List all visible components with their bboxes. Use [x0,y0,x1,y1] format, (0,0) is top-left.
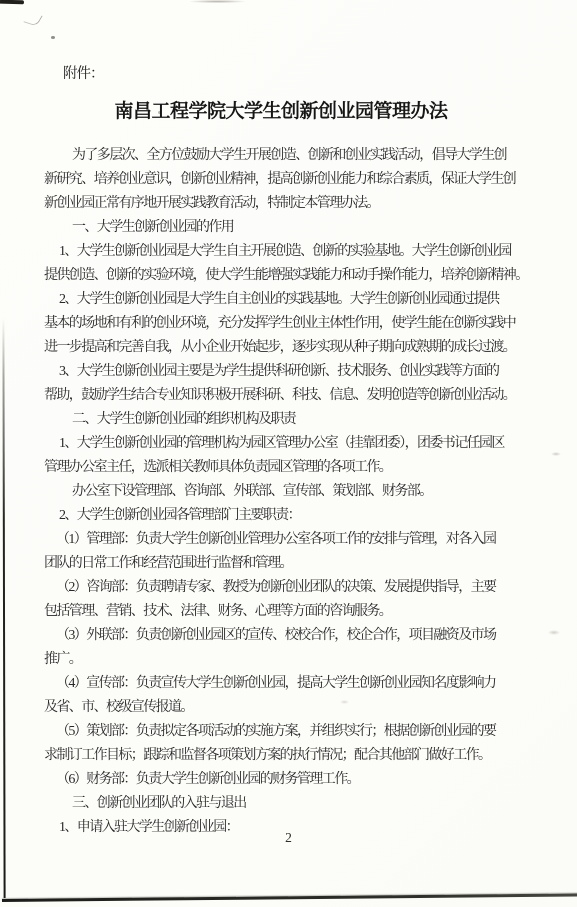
text-line: 及省、市、校级宣传报道。 [44,696,518,720]
scanned-document-page: 附件： 南昌工程学院大学生创新创业园管理办法 为了多层次、全方位鼓励大学生开展创… [0,0,577,907]
pencil-check-mark [23,12,42,27]
text-line: 二、大学生创新创业园的组织机构及职责 [44,408,518,432]
attachment-label: 附件： [63,64,518,84]
text-line: 为了多层次、全方位鼓励大学生开展创造、创新和创业实践活动，倡导大学生创 [44,144,518,168]
text-line: （6）财务部：负责大学生创新创业园的财务管理工作。 [44,768,518,792]
text-line: 推广。 [44,648,518,672]
text-line: 基本的场地和有利的创业环境，充分发挥学生创业主体性作用，使学生能在创新实践中 [44,312,518,336]
scan-smudge [551,452,561,456]
text-line: （1）管理部：负责大学生创新创业管理办公室各项工作的安排与管理，对各入园 [44,528,518,552]
text-line: （3）外联部：负责创新创业园区的宣传、校校合作，校企合作，项目融资及市场 [44,624,518,648]
text-line: （5）策划部：负责拟定各项活动的实施方案，并组织实行；根据创新创业园的要 [44,720,518,744]
text-line: 提供创造、创新的实验环境，使大学生能增强实践能力和动手操作能力，培养创新精神。 [44,264,518,288]
document-title: 南昌工程学院大学生创新创业园管理办法 [44,99,518,124]
text-line: 2、大学生创新创业园各管理部门主要职责： [44,504,518,528]
scan-edge-bottom [2,893,577,902]
text-line: 新创业园正常有序地开展实践教育活动，特制定本管理办法。 [44,192,518,216]
text-line: 一、大学生创新创业园的作用 [44,216,518,240]
scan-corner-mark [0,0,24,4]
page-number: 2 [0,830,577,846]
document-body: 为了多层次、全方位鼓励大学生开展创造、创新和创业实践活动，倡导大学生创新研究、培… [44,144,518,840]
document-content: 附件： 南昌工程学院大学生创新创业园管理办法 为了多层次、全方位鼓励大学生开展创… [44,0,518,840]
text-line: 三、创新创业团队的入驻与退出 [44,792,518,816]
text-line: 求制订工作目标；跟踪和监督各项策划方案的执行情况；配合其他部门做好工作。 [44,744,518,768]
text-line: 办公室下设管理部、咨询部、外联部、宣传部、策划部、财务部。 [44,480,518,504]
text-line: 包括管理、营销、技术、法律、财务、心理等方面的咨询服务。 [44,600,518,624]
text-line: 帮助，鼓励学生结合专业知识积极开展科研、科技、信息、发明创造等创新创业活动。 [44,384,518,408]
text-line: （4）宣传部：负责宣传大学生创新创业园，提高大学生创新创业园知名度影响力 [44,672,518,696]
text-line: 管理办公室主任，选派相关教师具体负责园区管理的各项工作。 [44,456,518,480]
text-line: 1、大学生创新创业园的管理机构为园区管理办公室（挂靠团委），团委书记任园区 [44,432,518,456]
scan-edge-left [2,318,5,898]
text-line: 进一步提高和完善自我，从小企业开始起步，逐步实现从种子期向成熟期的成长过渡。 [44,336,518,360]
scan-smudge [548,630,560,635]
text-line: 3、大学生创新创业园主要是为学生提供科研创新、技术服务、创业实践等方面的 [44,360,518,384]
text-line: 1、大学生创新创业园是大学生自主开展创造、创新的实验基地。大学生创新创业园 [44,240,518,264]
text-line: （2）咨询部：负责聘请专家、教授为创新创业团队的决策、发展提供指导，主要 [44,576,518,600]
text-line: 团队的日常工作和经营范围进行监督和管理。 [44,552,518,576]
text-line: 2、大学生创新创业园是大学生自主创业的实践基地。大学生创新创业园通过提供 [44,288,518,312]
text-line: 新研究、培养创业意识，创新创业精神，提高创新创业能力和综合素质，保证大学生创 [44,168,518,192]
